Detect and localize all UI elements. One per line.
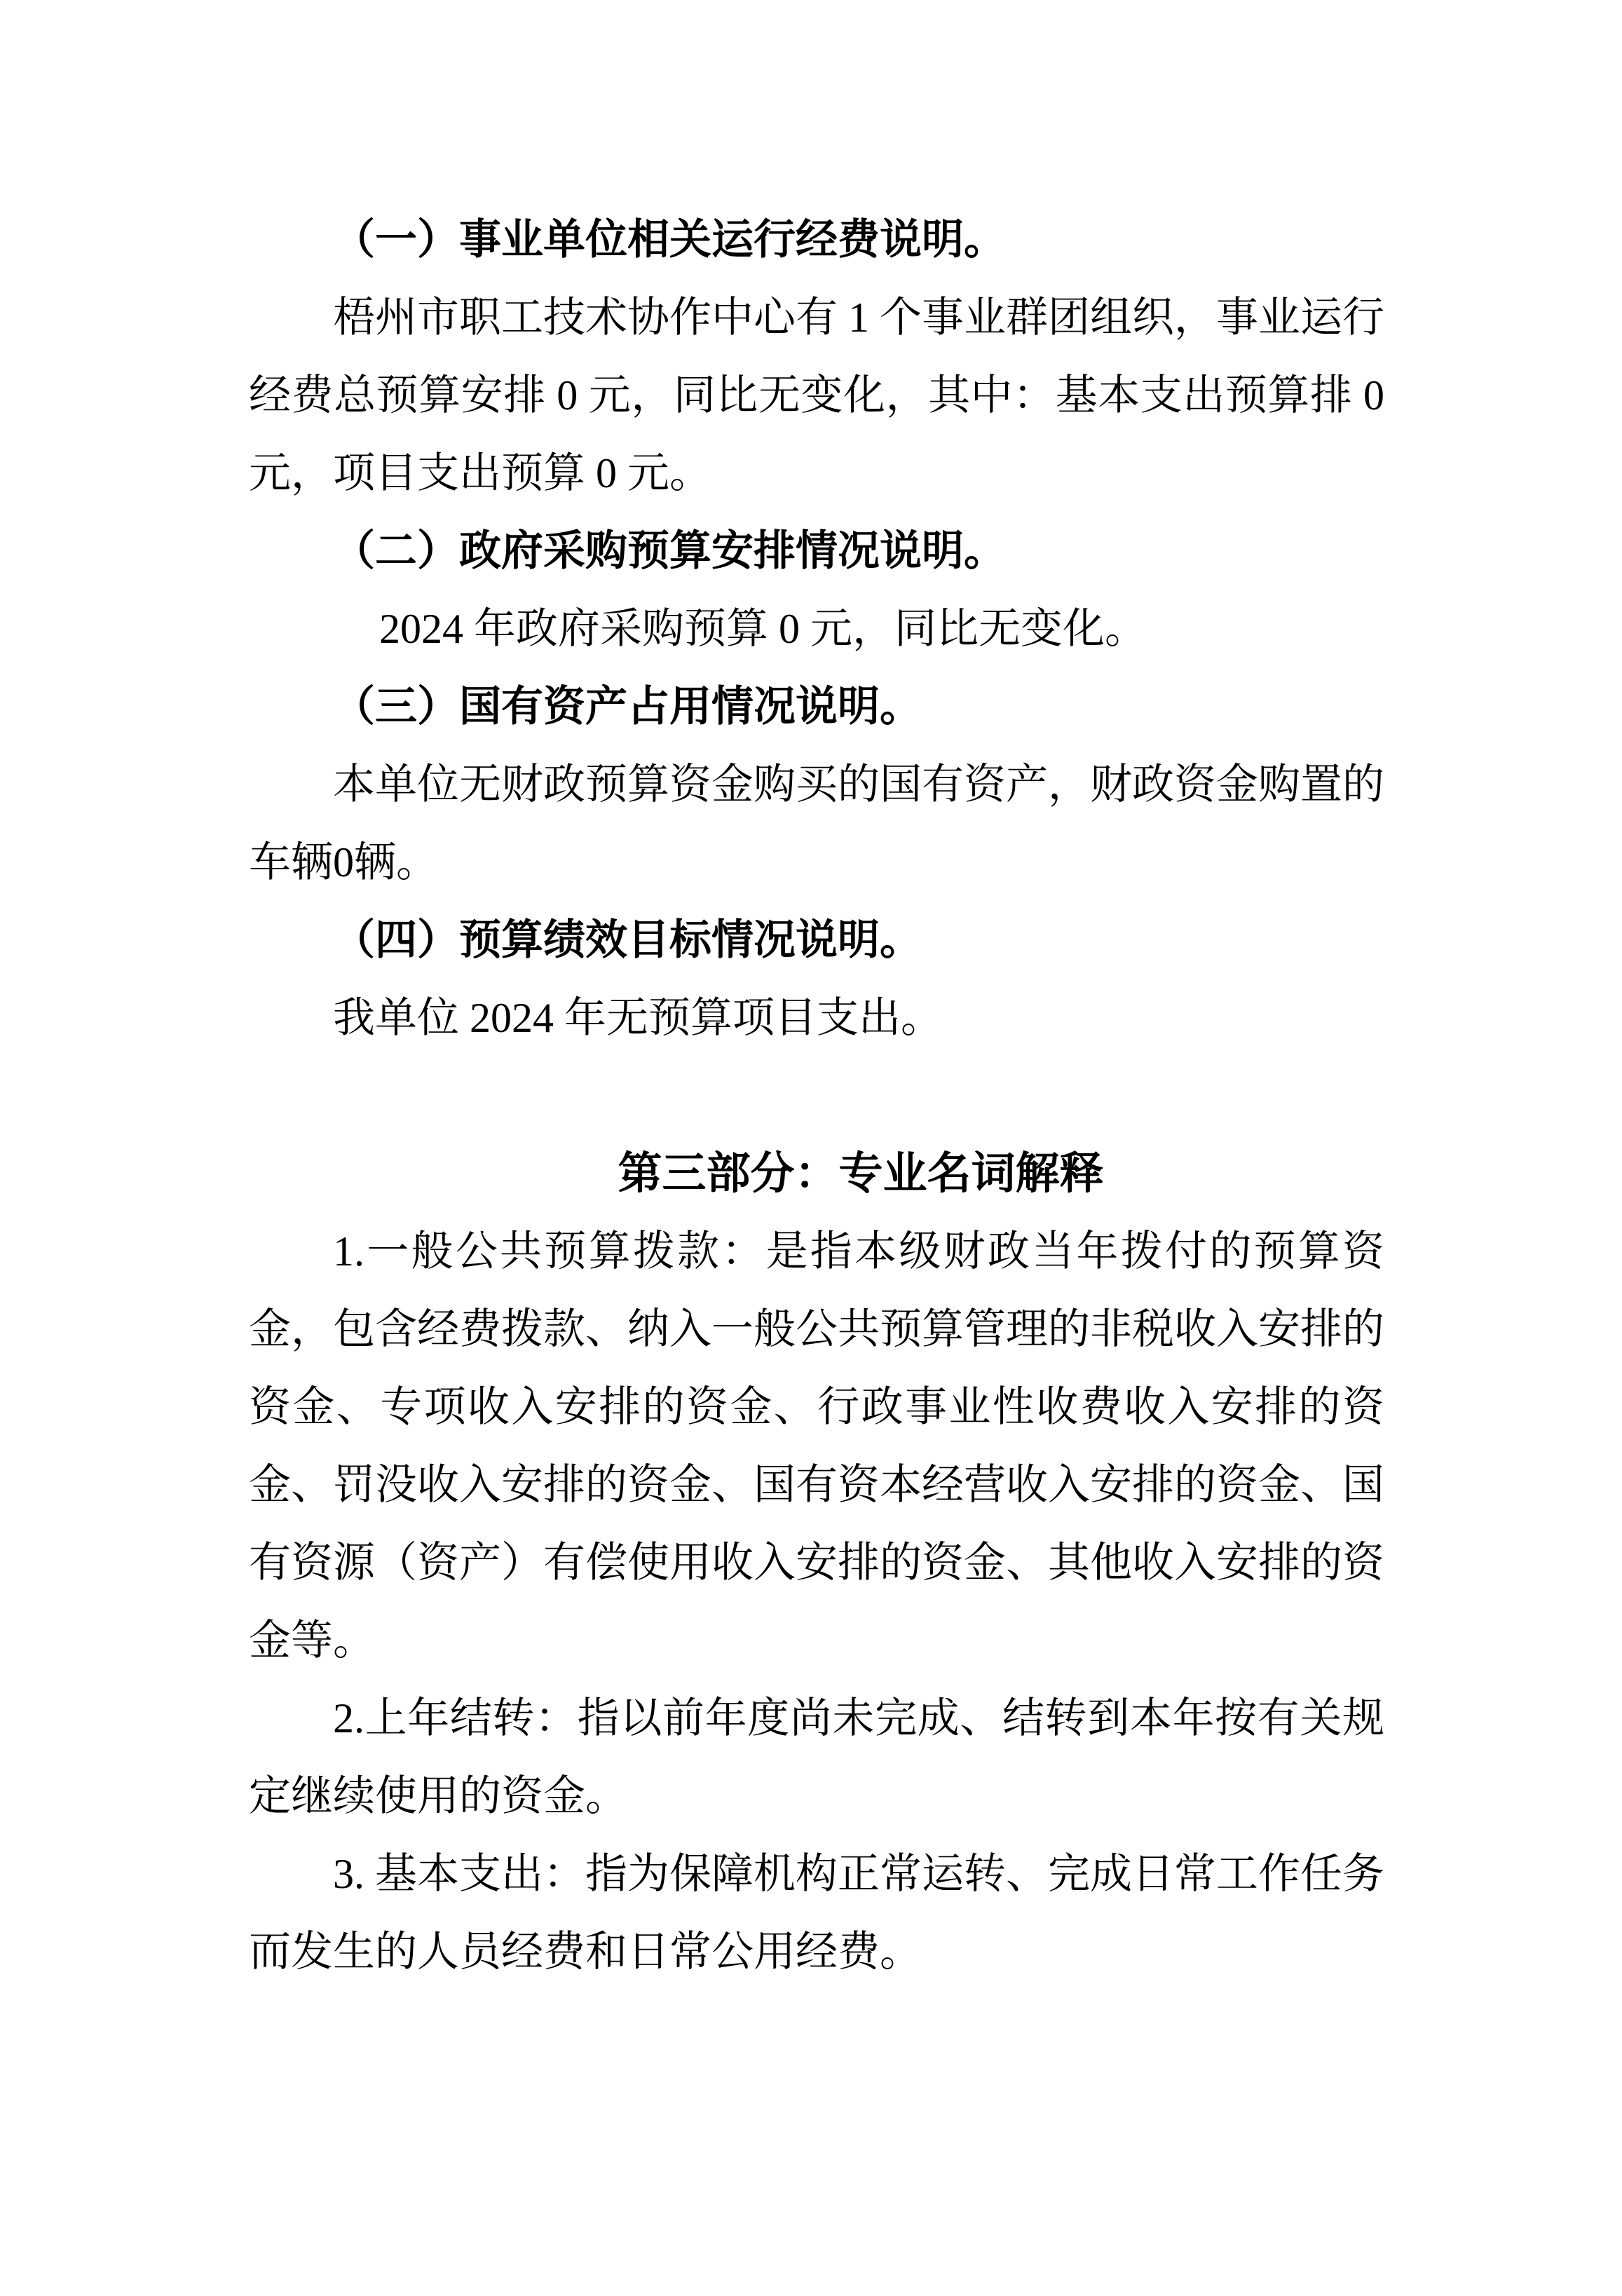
subheading-operating-expenses: （一）事业单位相关运行经费说明。 <box>249 201 1384 279</box>
subheading-state-assets: （三）国有资产占用情况说明。 <box>249 668 1384 746</box>
paragraph-budget-performance: 我单位 2024 年无预算项目支出。 <box>249 979 1384 1057</box>
blank-line <box>249 1057 1384 1135</box>
subheading-government-procurement: （二）政府采购预算安排情况说明。 <box>249 512 1384 590</box>
paragraph-operating-expenses: 梧州市职工技术协作中心有 1 个事业群团组织，事业运行经费总预算安排 0 元，同… <box>249 279 1384 512</box>
paragraph-government-procurement: 2024 年政府采购预算 0 元，同比无变化。 <box>249 590 1384 668</box>
definition-carryover: 2.上年结转：指以前年度尚未完成、结转到本年按有关规定继续使用的资金。 <box>249 1680 1384 1835</box>
definition-basic-expenditure: 3. 基本支出：指为保障机构正常运转、完成日常工作任务而发生的人员经费和日常公用… <box>249 1835 1384 1991</box>
paragraph-state-assets: 本单位无财政预算资金购买的国有资产，财政资金购置的车辆0辆。 <box>249 746 1384 902</box>
definition-general-public-budget: 1.一般公共预算拨款：是指本级财政当年拨付的预算资金，包含经费拨款、纳入一般公共… <box>249 1213 1384 1680</box>
document-content: （一）事业单位相关运行经费说明。 梧州市职工技术协作中心有 1 个事业群团组织，… <box>249 0 1384 1991</box>
subheading-budget-performance: （四）预算绩效目标情况说明。 <box>249 902 1384 979</box>
document-page: （一）事业单位相关运行经费说明。 梧州市职工技术协作中心有 1 个事业群团组织，… <box>0 0 1622 2296</box>
part3-title: 第三部分：专业名词解释 <box>249 1135 1384 1213</box>
